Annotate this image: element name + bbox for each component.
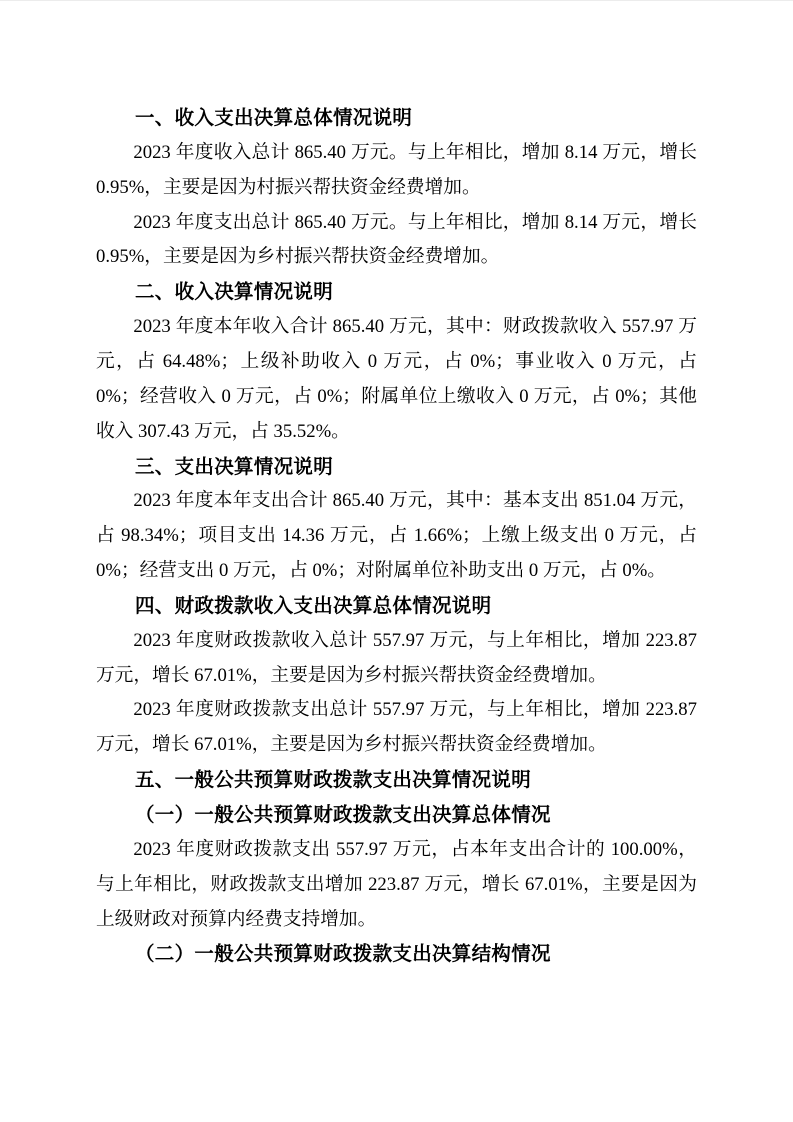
- subheading-5-1-overall-situation: （一）一般公共预算财政拨款支出决算总体情况: [96, 798, 697, 833]
- subheading-5-2-structure-situation: （二）一般公共预算财政拨款支出决算结构情况: [96, 937, 697, 972]
- paragraph-expenditure-breakdown: 2023 年度本年支出合计 865.40 万元，其中：基本支出 851.04 万…: [96, 484, 697, 589]
- paragraph-total-expenditure: 2023 年度支出总计 865.40 万元。与上年相比，增加 8.14 万元，增…: [96, 206, 697, 276]
- paragraph-fiscal-appropriation-expenditure: 2023 年度财政拨款支出总计 557.97 万元，与上年相比，增加 223.8…: [96, 693, 697, 763]
- paragraph-general-budget-expenditure-detail: 2023 年度财政拨款支出 557.97 万元，占本年支出合计的 100.00%…: [96, 833, 697, 938]
- section-heading-2-income-accounts: 二、收入决算情况说明: [96, 275, 697, 310]
- section-heading-5-general-public-budget: 五、一般公共预算财政拨款支出决算情况说明: [96, 763, 697, 798]
- paragraph-income-breakdown: 2023 年度本年收入合计 865.40 万元，其中：财政拨款收入 557.97…: [96, 310, 697, 449]
- section-heading-1-overall-budget: 一、收入支出决算总体情况说明: [96, 101, 697, 136]
- section-heading-4-fiscal-appropriation-overall: 四、财政拨款收入支出决算总体情况说明: [96, 589, 697, 624]
- paragraph-total-income: 2023 年度收入总计 865.40 万元。与上年相比，增加 8.14 万元，增…: [96, 136, 697, 206]
- section-heading-3-expenditure-accounts: 三、支出决算情况说明: [96, 450, 697, 485]
- document-page: 一、收入支出决算总体情况说明 2023 年度收入总计 865.40 万元。与上年…: [0, 0, 793, 1122]
- paragraph-fiscal-appropriation-income: 2023 年度财政拨款收入总计 557.97 万元，与上年相比，增加 223.8…: [96, 624, 697, 694]
